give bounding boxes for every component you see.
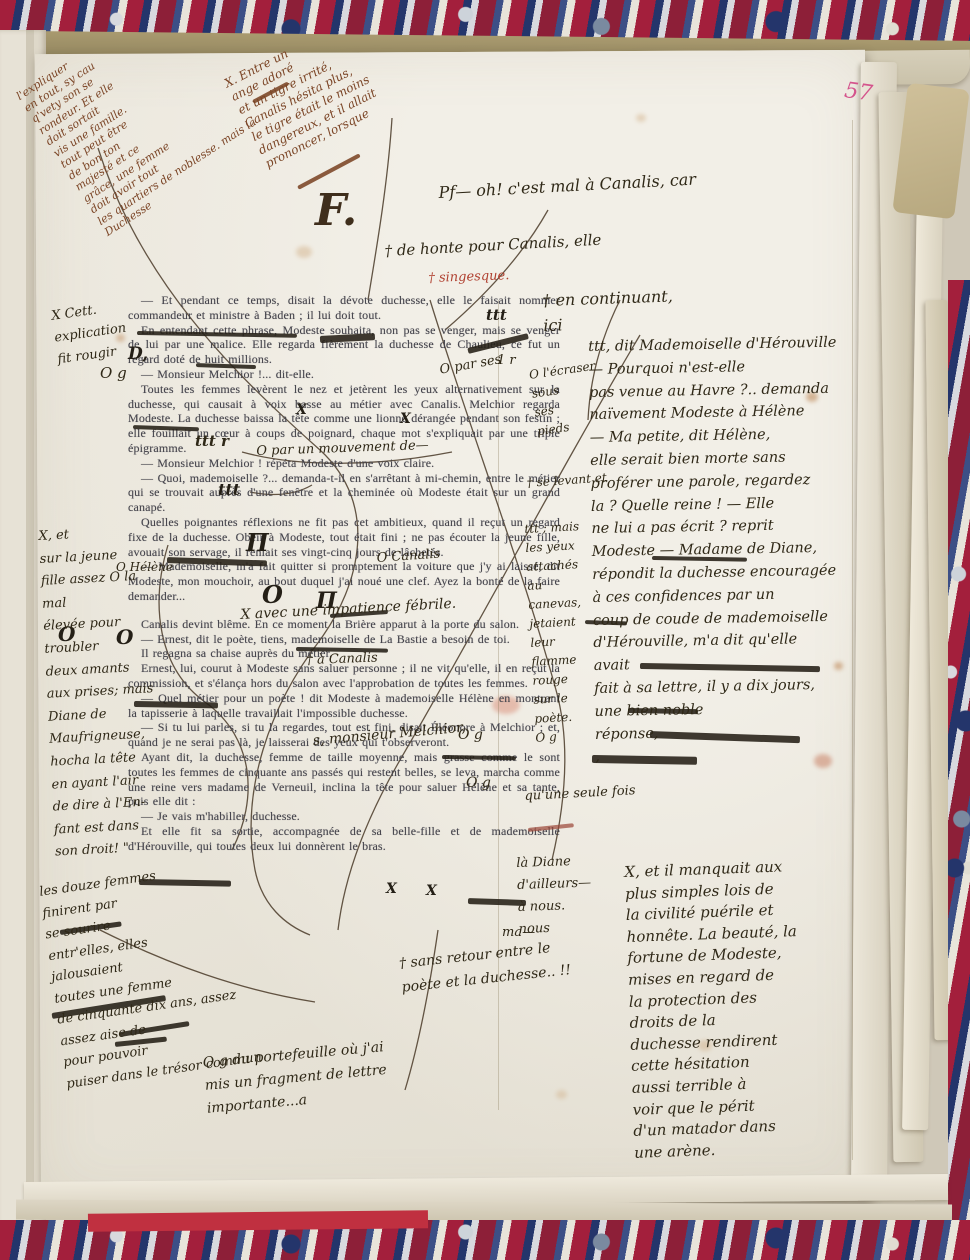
stain [296,246,312,258]
annotation-ttt-r: ttt r [195,430,229,452]
printed-paragraph: — Ernest, dit le poète, tiens, mademoise… [128,632,560,647]
annotation-bottom-right-column: X, et il manquait aux plus simples lois … [624,852,924,1164]
printed-paragraph: Et elle fit sa sortie, accompagnée de sa… [128,824,560,854]
annotation-explication: X Cett. explication fit rougir [50,296,131,371]
page-number: 57 [843,80,874,106]
ttt-ink-mark: ttt [486,306,507,324]
printed-paragraph: — Quoi, mademoiselle ?... demanda-t-il e… [128,471,560,515]
ttt-ink-mark: ttt [218,480,240,499]
annotation-singesque: † singesque. [428,265,510,290]
annotation-a-canalis: † à Canalis [306,648,378,672]
annotation-og: O g [458,724,483,746]
x-ink-mark: X [386,881,397,897]
annotation-right-column: ttt, dit Mademoiselle d'Hérouville — Pou… [588,330,916,769]
pi-ink-mark: Π [246,528,269,557]
stain [556,1090,567,1099]
printed-text-block: — Et pendant ce temps, disait la dévote … [128,293,560,853]
x-ink-mark: X [400,411,411,427]
annotation-continuant: † en continuant, ici [542,283,674,338]
d-ink-mark: D, [128,344,148,364]
x-ink-mark: X [426,883,437,899]
annotation-o-canalis: O Canalis [376,544,441,570]
red-binding-strip [88,1210,428,1232]
x-ink-mark: X [296,402,307,418]
manuscript-photo: { "print": { "paragraphs": [ "— Et penda… [0,0,970,1260]
annotation-og: O g [100,362,127,384]
printed-paragraph: Quelles poignantes réflexions ne fit pas… [128,515,560,559]
printed-paragraph: — Mademoiselle, m'a fait quitter si prom… [128,559,560,603]
annotation-1r: 1 r [497,350,516,372]
annotation-og: O g [466,772,491,794]
marbled-endpaper-right [948,280,970,1260]
printed-paragraph: — Je vais m'habiller, duchesse. [128,809,560,824]
stain [636,114,646,122]
annotation-left-column-a: X, et sur la jeune fille assez O la mal … [38,520,162,864]
annotation-f-mark: F. [315,200,357,222]
